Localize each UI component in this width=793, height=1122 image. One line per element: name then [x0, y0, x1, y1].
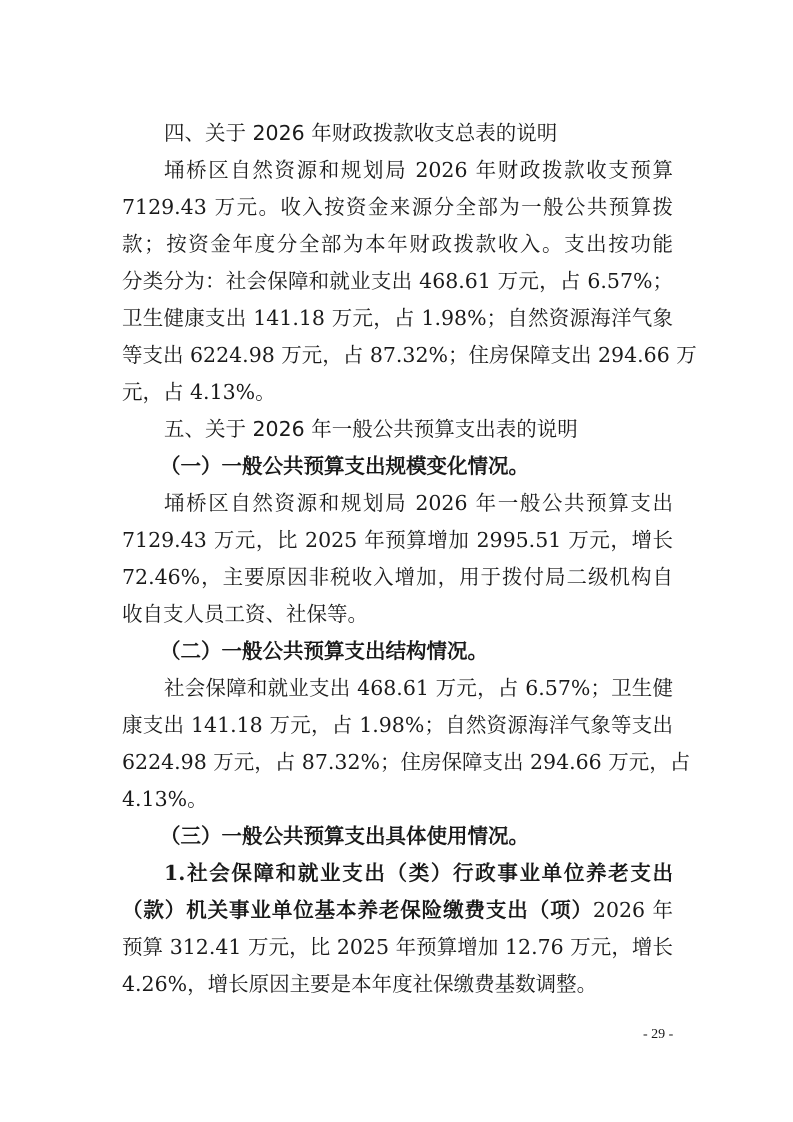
section4-heading: 四、关于 2026 年财政拨款收支总表的说明	[164, 120, 673, 146]
paragraph-line: 4.26%，增长原因主要是本年度社保缴费基数调整。	[122, 971, 673, 997]
paragraph-line: 7129.43 万元。收入按资金来源分全部为一般公共预算拨	[122, 194, 673, 220]
item1-title-tail: 2026 年	[593, 898, 673, 922]
subsection1-heading: （一）一般公共预算支出规模变化情况。	[160, 453, 711, 479]
item1-title-line: 1.社会保障和就业支出（类）行政事业单位养老支出	[164, 860, 673, 886]
paragraph-line: 康支出 141.18 万元，占 1.98%；自然资源海洋气象等支出	[122, 712, 673, 738]
paragraph-line: 72.46%，主要原因非税收入增加，用于拨付局二级机构自	[122, 564, 673, 590]
subsection2-heading: （二）一般公共预算支出结构情况。	[160, 638, 711, 664]
paragraph-line: 埇桥区自然资源和规划局 2026 年财政拨款收支预算	[164, 157, 673, 183]
paragraph-line: 元，占 4.13%。	[122, 379, 673, 405]
paragraph-line: 7129.43 万元，比 2025 年预算增加 2995.51 万元，增长	[122, 527, 673, 553]
paragraph-line: 款；按资金年度分全部为本年财政拨款收入。支出按功能	[122, 231, 673, 257]
paragraph-line: 等支出 6224.98 万元，占 87.32%；住房保障支出 294.66 万	[122, 342, 673, 368]
paragraph-line: 预算 312.41 万元，比 2025 年预算增加 12.76 万元，增长	[122, 934, 673, 960]
paragraph-line: 社会保障和就业支出 468.61 万元，占 6.57%；卫生健	[164, 675, 673, 701]
item1-title-bold: （款）机关事业单位基本养老保险缴费支出（项）	[122, 898, 593, 922]
paragraph-line: 分类分为：社会保障和就业支出 468.61 万元，占 6.57%；	[122, 268, 673, 294]
paragraph-line: 埇桥区自然资源和规划局 2026 年一般公共预算支出	[164, 490, 673, 516]
section5-heading: 五、关于 2026 年一般公共预算支出表的说明	[164, 416, 673, 442]
document-page: 四、关于 2026 年财政拨款收支总表的说明 埇桥区自然资源和规划局 2026 …	[0, 0, 793, 1122]
paragraph-line: 卫生健康支出 141.18 万元，占 1.98%；自然资源海洋气象	[122, 305, 673, 331]
paragraph-line: 6224.98 万元，占 87.32%；住房保障支出 294.66 万元，占	[122, 749, 673, 775]
subsection3-heading: （三）一般公共预算支出具体使用情况。	[160, 823, 711, 849]
page-number: - 29 -	[643, 1027, 673, 1043]
paragraph-line: 4.13%。	[122, 786, 673, 812]
item1-title-line2: （款）机关事业单位基本养老保险缴费支出（项）2026 年	[122, 897, 673, 923]
paragraph-line: 收自支人员工资、社保等。	[122, 601, 673, 627]
